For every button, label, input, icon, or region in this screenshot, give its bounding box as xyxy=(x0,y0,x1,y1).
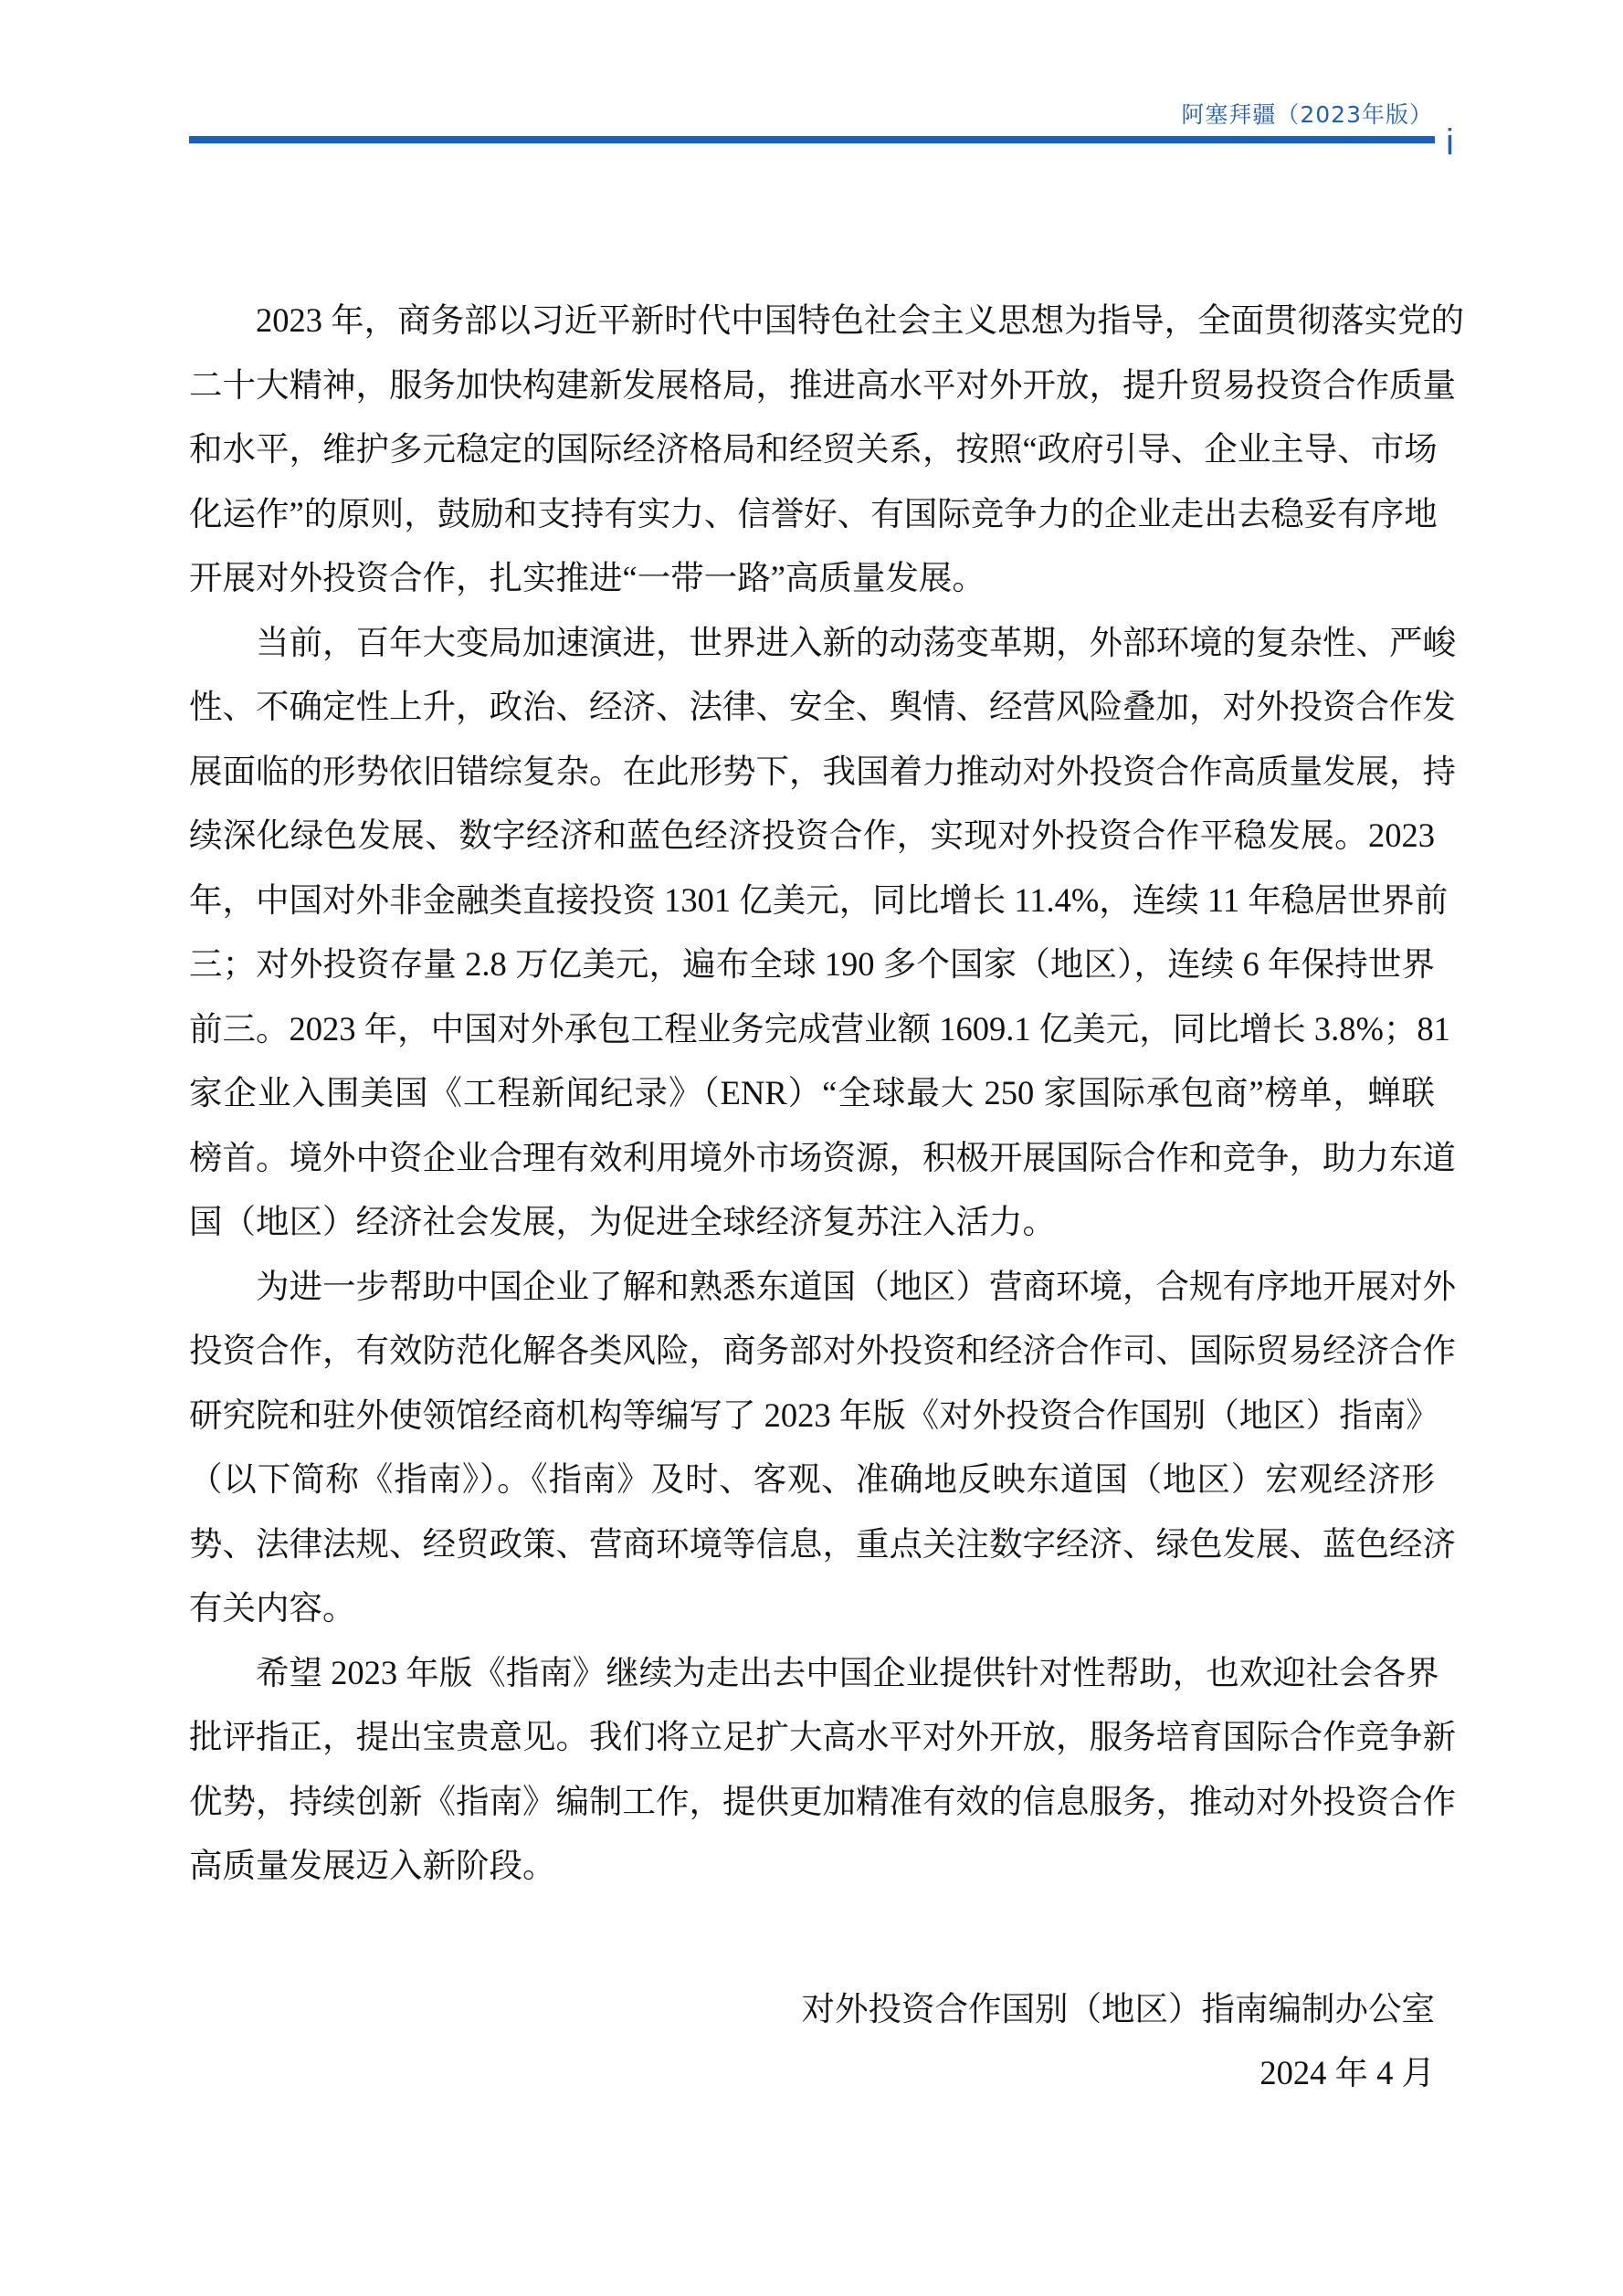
text-line: 研究院和驻外使领馆经商机构等编写了 2023 年版《对外投资合作国别（地区）指南… xyxy=(189,1384,1435,1448)
text-line: 投资合作，有效防范化解各类风险，商务部对外投资和经济合作司、国际贸易经济合作 xyxy=(189,1319,1435,1384)
paragraph-2: 当前，百年大变局加速演进，世界进入新的动荡变革期，外部环境的复杂性、严峻 性、不… xyxy=(189,611,1435,1255)
signature-block: 对外投资合作国别（地区）指南编制办公室 2024 年 4 月 xyxy=(802,1977,1436,2105)
text-line: 开展对外投资合作，扎实推进“一带一路”高质量发展。 xyxy=(189,546,1435,611)
paragraph-4: 希望 2023 年版《指南》继续为走出去中国企业提供针对性帮助，也欢迎社会各界 … xyxy=(189,1641,1435,1899)
text-line: 优势，持续创新《指南》编制工作，提供更加精准有效的信息服务，推动对外投资合作 xyxy=(189,1770,1435,1835)
text-line: 批评指正，提出宝贵意见。我们将立足扩大高水平对外开放，服务培育国际合作竞争新 xyxy=(189,1705,1435,1770)
preface-body: 2023 年，商务部以习近平新时代中国特色社会主义思想为指导，全面贯彻落实党的 … xyxy=(189,289,1435,1899)
issuing-office: 对外投资合作国别（地区）指南编制办公室 xyxy=(802,1977,1436,2041)
text-line: 为进一步帮助中国企业了解和熟悉东道国（地区）营商环境，合规有序地开展对外 xyxy=(189,1255,1435,1320)
text-line: 有关内容。 xyxy=(189,1576,1435,1641)
paragraph-1: 2023 年，商务部以习近平新时代中国特色社会主义思想为指导，全面贯彻落实党的 … xyxy=(189,289,1435,611)
header-rule xyxy=(189,136,1435,143)
text-line: 展面临的形势依旧错综复杂。在此形势下，我国着力推动对外投资合作高质量发展，持 xyxy=(189,740,1435,805)
text-line: 三；对外投资存量 2.8 万亿美元，遍布全球 190 多个国家（地区），连续 6… xyxy=(189,932,1435,997)
page-number: i xyxy=(1446,122,1454,163)
text-line: 家企业入围美国《工程新闻纪录》（ENR）“全球最大 250 家国际承包商”榜单，… xyxy=(189,1061,1435,1126)
text-line: 希望 2023 年版《指南》继续为走出去中国企业提供针对性帮助，也欢迎社会各界 xyxy=(189,1641,1435,1706)
running-title: 阿塞拜疆（2023年版） xyxy=(1181,97,1433,130)
text-line: 性、不确定性上升，政治、经济、法律、安全、舆情、经营风险叠加，对外投资合作发 xyxy=(189,675,1435,740)
text-line: 国（地区）经济社会发展，为促进全球经济复苏注入活力。 xyxy=(189,1190,1435,1255)
text-line: 榜首。境外中资企业合理有效利用境外市场资源，积极开展国际合作和竞争，助力东道 xyxy=(189,1126,1435,1191)
text-line: 年，中国对外非金融类直接投资 1301 亿美元，同比增长 11.4%，连续 11… xyxy=(189,869,1435,933)
document-page: 阿塞拜疆（2023年版） i 2023 年，商务部以习近平新时代中国特色社会主义… xyxy=(0,0,1623,2296)
text-line: 二十大精神，服务加快构建新发展格局，推进高水平对外开放，提升贸易投资合作质量 xyxy=(189,353,1435,418)
text-line: 前三。2023 年，中国对外承包工程业务完成营业额 1609.1 亿美元，同比增… xyxy=(189,997,1435,1062)
text-line: 续深化绿色发展、数字经济和蓝色经济投资合作，实现对外投资合作平稳发展。2023 xyxy=(189,804,1435,869)
text-line: （以下简称《指南》）。《指南》及时、客观、准确地反映东道国（地区）宏观经济形 xyxy=(189,1448,1435,1512)
text-line: 化运作”的原则，鼓励和支持有实力、信誉好、有国际竞争力的企业走出去稳妥有序地 xyxy=(189,482,1435,547)
text-line: 2023 年，商务部以习近平新时代中国特色社会主义思想为指导，全面贯彻落实党的 xyxy=(189,289,1435,353)
text-line: 高质量发展迈入新阶段。 xyxy=(189,1834,1435,1899)
paragraph-3: 为进一步帮助中国企业了解和熟悉东道国（地区）营商环境，合规有序地开展对外 投资合… xyxy=(189,1255,1435,1641)
text-line: 和水平，维护多元稳定的国际经济格局和经贸关系，按照“政府引导、企业主导、市场 xyxy=(189,417,1435,482)
issue-date: 2024 年 4 月 xyxy=(802,2041,1436,2105)
text-line: 势、法律法规、经贸政策、营商环境等信息，重点关注数字经济、绿色发展、蓝色经济 xyxy=(189,1512,1435,1577)
text-line: 当前，百年大变局加速演进，世界进入新的动荡变革期，外部环境的复杂性、严峻 xyxy=(189,611,1435,676)
